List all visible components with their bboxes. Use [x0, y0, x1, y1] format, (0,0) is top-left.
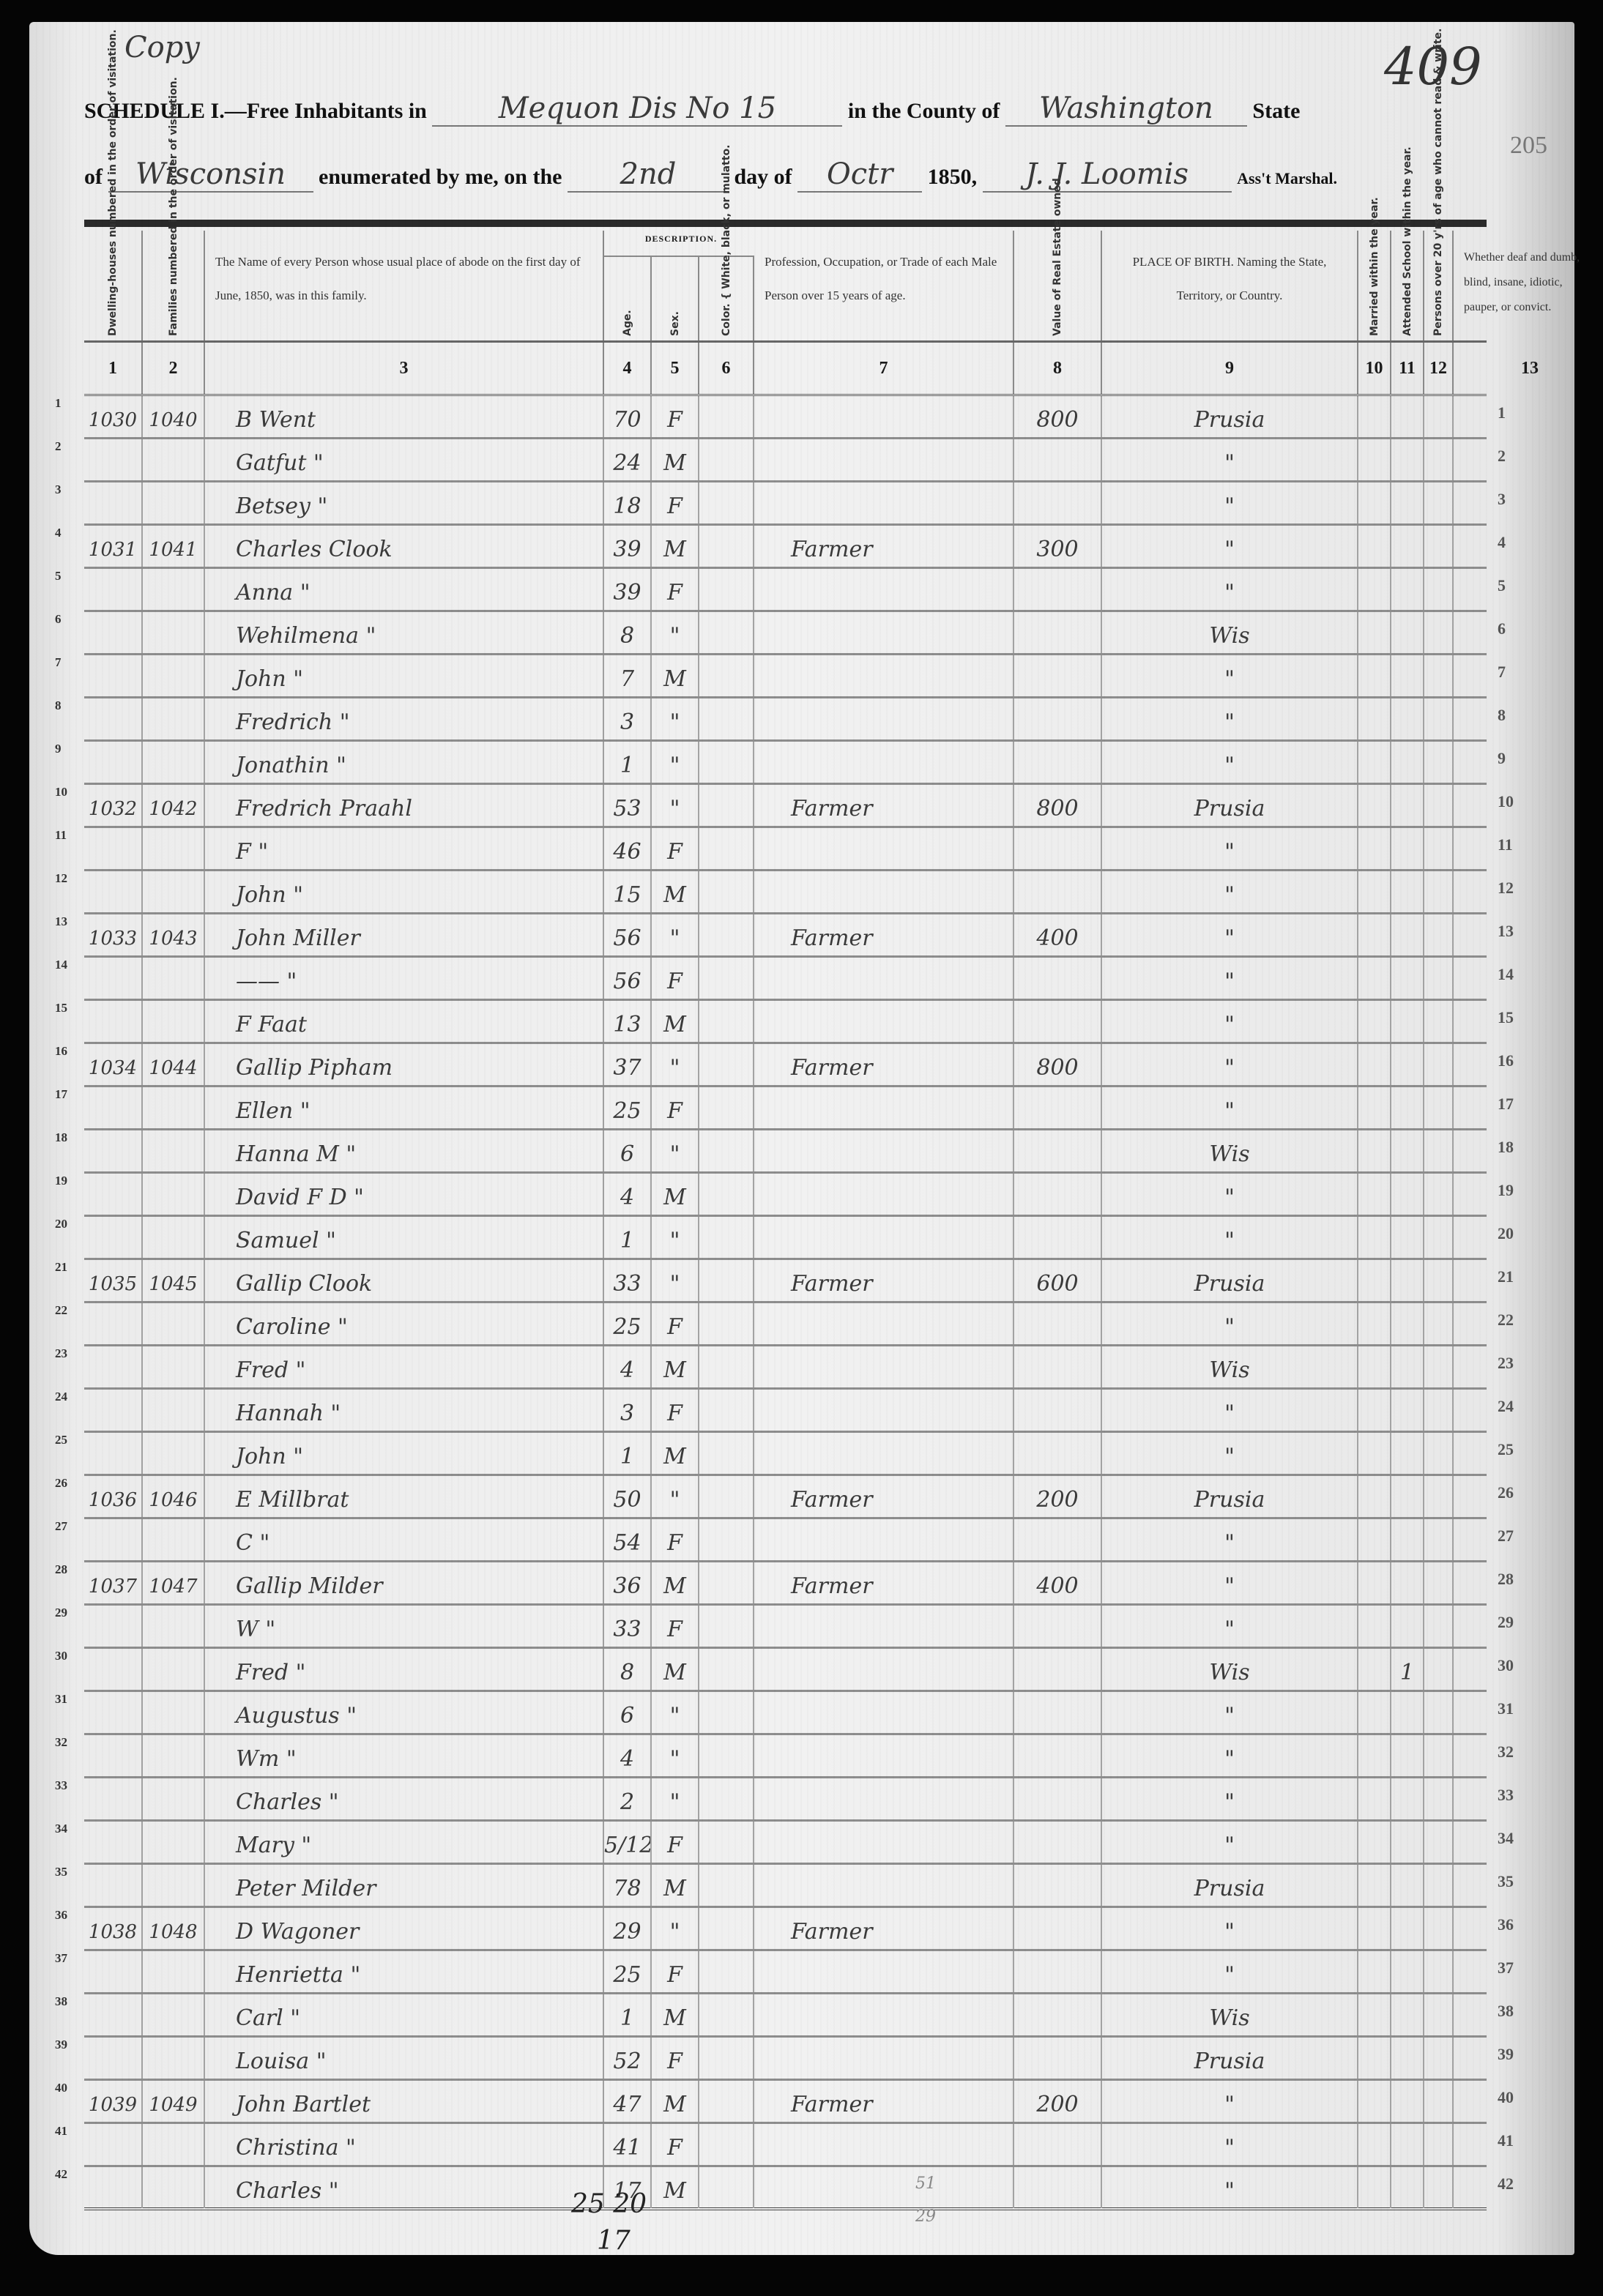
attended-school-cell	[1391, 1908, 1424, 1949]
age-cell: 4	[604, 1174, 652, 1215]
color-cell	[699, 1649, 754, 1690]
birthplace-cell: Prusia	[1102, 2038, 1358, 2079]
line-number-left: 39	[55, 2038, 67, 2052]
sex-cell: F	[652, 569, 699, 610]
family-number-cell	[143, 2167, 205, 2208]
occupation-cell	[754, 2167, 1014, 2208]
person-name-cell: Jonathin "	[205, 742, 604, 783]
occupation-cell	[754, 698, 1014, 739]
occupation-cell	[754, 1692, 1014, 1733]
sex-cell: "	[652, 612, 699, 653]
family-number-cell: 1044	[143, 1044, 205, 1085]
line-number-right: 8	[1498, 706, 1506, 725]
col-num-4: 4	[604, 343, 652, 394]
age-cell: 8	[604, 612, 652, 653]
family-number-cell	[143, 1303, 205, 1344]
disability-cell	[1454, 1087, 1603, 1128]
cannot-read-write-cell	[1424, 1951, 1454, 1992]
cannot-read-write-cell	[1424, 1433, 1454, 1474]
disability-cell	[1454, 1994, 1603, 2035]
col-num-8: 8	[1014, 343, 1102, 394]
occupation-cell	[754, 439, 1014, 480]
table-row: 23Fred "4MWis23	[84, 1346, 1487, 1390]
cannot-read-write-cell	[1424, 612, 1454, 653]
line-number-right: 13	[1498, 922, 1514, 941]
dwelling-number-cell	[84, 2124, 143, 2165]
dwelling-number-cell	[84, 742, 143, 783]
tally-note-3: 51	[915, 2174, 936, 2193]
cannot-read-write-cell	[1424, 1908, 1454, 1949]
real-estate-value-cell: 800	[1014, 396, 1102, 437]
real-estate-value-cell	[1014, 1346, 1102, 1387]
age-cell: 47	[604, 2081, 652, 2122]
real-estate-value-cell: 800	[1014, 785, 1102, 826]
table-row: 29W "33F"29	[84, 1606, 1487, 1649]
table-row: 24Hannah "3F"24	[84, 1390, 1487, 1433]
occupation-cell	[754, 1217, 1014, 1258]
birthplace-cell: Prusia	[1102, 1260, 1358, 1301]
disability-cell	[1454, 2124, 1603, 2165]
line-number-right: 11	[1498, 835, 1513, 854]
dwelling-number-cell: 1036	[84, 1476, 143, 1517]
real-estate-value-cell	[1014, 1001, 1102, 1042]
birthplace-cell: "	[1102, 1562, 1358, 1603]
color-cell	[699, 2167, 754, 2208]
cannot-read-write-cell	[1424, 1519, 1454, 1560]
real-estate-value-cell	[1014, 2038, 1102, 2079]
married-within-year-cell	[1358, 958, 1391, 999]
married-within-year-cell	[1358, 439, 1391, 480]
col-num-3: 3	[205, 343, 604, 394]
line-number-left: 40	[55, 2081, 67, 2095]
birthplace-cell: "	[1102, 2124, 1358, 2165]
dwelling-number-cell	[84, 1303, 143, 1344]
line-number-left: 33	[55, 1778, 67, 1793]
line-number-left: 38	[55, 1994, 67, 2009]
color-cell	[699, 958, 754, 999]
line-number-right: 29	[1498, 1613, 1514, 1632]
header-married: Married within the year.	[1358, 231, 1391, 340]
age-cell: 8	[604, 1649, 652, 1690]
color-cell	[699, 1994, 754, 2035]
real-estate-value-cell: 300	[1014, 526, 1102, 567]
line-number-right: 24	[1498, 1397, 1514, 1416]
color-cell	[699, 526, 754, 567]
sex-cell: M	[652, 1649, 699, 1690]
married-within-year-cell	[1358, 914, 1391, 955]
dwelling-number-cell: 1035	[84, 1260, 143, 1301]
sex-cell: F	[652, 2038, 699, 2079]
occupation-cell: Farmer	[754, 1562, 1014, 1603]
age-cell: 56	[604, 914, 652, 955]
disability-cell	[1454, 871, 1603, 912]
disability-cell	[1454, 1476, 1603, 1517]
dwelling-number-cell	[84, 1778, 143, 1819]
line-number-left: 1	[55, 396, 62, 411]
sex-cell: "	[652, 914, 699, 955]
birthplace-cell: Wis	[1102, 1649, 1358, 1690]
age-cell: 1	[604, 1217, 652, 1258]
disability-cell	[1454, 1390, 1603, 1431]
col-num-9: 9	[1102, 343, 1358, 394]
person-name-cell: W "	[205, 1606, 604, 1647]
occupation-cell	[754, 1433, 1014, 1474]
table-row: 6Wehilmena "8"Wis6	[84, 612, 1487, 655]
color-cell	[699, 1778, 754, 1819]
table-row: 27C "54F"27	[84, 1519, 1487, 1562]
dwelling-number-cell	[84, 1649, 143, 1690]
dwelling-number-cell	[84, 2167, 143, 2208]
table-row: 2610361046E Millbrat50"Farmer200Prusia26	[84, 1476, 1487, 1519]
age-cell: 2	[604, 1778, 652, 1819]
color-cell	[699, 742, 754, 783]
birthplace-cell: Wis	[1102, 1346, 1358, 1387]
color-cell	[699, 914, 754, 955]
table-row: 14—— "56F"14	[84, 958, 1487, 1001]
col-num-12: 12	[1424, 343, 1454, 394]
married-within-year-cell	[1358, 655, 1391, 696]
birthplace-cell: Prusia	[1102, 396, 1358, 437]
family-number-cell: 1043	[143, 914, 205, 955]
family-number-cell	[143, 2038, 205, 2079]
age-cell: 24	[604, 439, 652, 480]
place-field: Mequon Dis No 15	[432, 92, 842, 127]
occupation-cell	[754, 2124, 1014, 2165]
title-line-2: of Wisconsin enumerated by me, on the 2n…	[84, 157, 1337, 193]
disability-cell	[1454, 1174, 1603, 1215]
line-number-left: 30	[55, 1649, 67, 1663]
dwelling-number-cell	[84, 1174, 143, 1215]
disability-cell	[1454, 698, 1603, 739]
dwelling-number-cell: 1038	[84, 1908, 143, 1949]
family-number-cell	[143, 1217, 205, 1258]
real-estate-value-cell: 800	[1014, 1044, 1102, 1085]
cannot-read-write-cell	[1424, 569, 1454, 610]
occupation-cell: Farmer	[754, 785, 1014, 826]
sex-cell: "	[652, 1908, 699, 1949]
col-num-13: 13	[1454, 343, 1603, 394]
family-number-cell	[143, 1822, 205, 1863]
occupation-cell	[754, 1951, 1014, 1992]
occupation-cell: Farmer	[754, 526, 1014, 567]
column-numbers: 1 2 3 4 5 6 7 8 9 10 11 12 13	[84, 343, 1487, 396]
dwelling-number-cell: 1034	[84, 1044, 143, 1085]
age-cell: 6	[604, 1130, 652, 1171]
married-within-year-cell	[1358, 2124, 1391, 2165]
occupation-cell	[754, 1865, 1014, 1906]
birthplace-cell: "	[1102, 1908, 1358, 1949]
sex-cell: F	[652, 482, 699, 523]
attended-school-cell	[1391, 2038, 1424, 2079]
occupation-cell	[754, 1649, 1014, 1690]
attended-school-cell	[1391, 1735, 1424, 1776]
line-number-right: 18	[1498, 1138, 1514, 1157]
person-name-cell: Hanna M "	[205, 1130, 604, 1171]
dwelling-number-cell	[84, 1346, 143, 1387]
line-number-right: 28	[1498, 1570, 1514, 1589]
person-name-cell: Christina "	[205, 2124, 604, 2165]
family-number-cell	[143, 1433, 205, 1474]
birthplace-cell: Wis	[1102, 1130, 1358, 1171]
dwelling-number-cell	[84, 1130, 143, 1171]
age-cell: 46	[604, 828, 652, 869]
line-number-left: 31	[55, 1692, 67, 1707]
line-number-right: 21	[1498, 1267, 1514, 1286]
line-number-left: 37	[55, 1951, 67, 1966]
sex-cell: M	[652, 1174, 699, 1215]
birthplace-cell: Prusia	[1102, 1865, 1358, 1906]
age-cell: 70	[604, 396, 652, 437]
family-number-cell	[143, 1994, 205, 2035]
occupation-cell: Farmer	[754, 2081, 1014, 2122]
married-within-year-cell	[1358, 1217, 1391, 1258]
birthplace-cell: "	[1102, 1606, 1358, 1647]
occupation-cell	[754, 1822, 1014, 1863]
sex-cell: "	[652, 1735, 699, 1776]
line-number-left: 24	[55, 1390, 67, 1404]
table-row: 9Jonathin "1""9	[84, 742, 1487, 785]
age-cell: 1	[604, 1433, 652, 1474]
disability-cell	[1454, 1130, 1603, 1171]
birthplace-cell: "	[1102, 2081, 1358, 2122]
person-name-cell: C "	[205, 1519, 604, 1560]
color-cell	[699, 698, 754, 739]
line-number-left: 19	[55, 1174, 67, 1188]
marshal-signature: J. J. Loomis	[983, 157, 1232, 193]
table-row: 1310331043John Miller56"Farmer400"13	[84, 914, 1487, 958]
occupation-cell	[754, 569, 1014, 610]
color-cell	[699, 482, 754, 523]
cannot-read-write-cell	[1424, 1778, 1454, 1819]
disability-cell	[1454, 2167, 1603, 2208]
line-number-right: 40	[1498, 2088, 1514, 2107]
age-cell: 41	[604, 2124, 652, 2165]
age-cell: 5/12	[604, 1822, 652, 1863]
color-cell	[699, 1174, 754, 1215]
color-cell	[699, 396, 754, 437]
attended-school-cell	[1391, 1044, 1424, 1085]
enumerated-label: enumerated by me, on the	[319, 165, 562, 189]
birthplace-cell: "	[1102, 439, 1358, 480]
table-row: 34Mary "5/12F"34	[84, 1822, 1487, 1865]
line-number-right: 39	[1498, 2045, 1514, 2064]
family-number-cell	[143, 655, 205, 696]
attended-school-cell	[1391, 1476, 1424, 1517]
sex-cell: M	[652, 655, 699, 696]
day-of-label: day of	[734, 165, 792, 189]
family-number-cell	[143, 1130, 205, 1171]
age-cell: 25	[604, 1303, 652, 1344]
color-cell	[699, 1951, 754, 1992]
line-number-right: 17	[1498, 1095, 1514, 1114]
person-name-cell: Samuel "	[205, 1217, 604, 1258]
line-number-right: 38	[1498, 2002, 1514, 2021]
cannot-read-write-cell	[1424, 785, 1454, 826]
dwelling-number-cell	[84, 698, 143, 739]
dwelling-number-cell	[84, 1433, 143, 1474]
color-cell	[699, 1303, 754, 1344]
dwelling-number-cell	[84, 2038, 143, 2079]
col-num-6: 6	[699, 343, 754, 394]
married-within-year-cell	[1358, 482, 1391, 523]
line-number-right: 42	[1498, 2174, 1514, 2193]
marshal-label: Ass't Marshal.	[1237, 169, 1337, 187]
disability-cell	[1454, 1562, 1603, 1603]
person-name-cell: Fred "	[205, 1649, 604, 1690]
color-cell	[699, 1562, 754, 1603]
color-cell	[699, 1260, 754, 1301]
disability-cell	[1454, 1908, 1603, 1949]
birthplace-cell: "	[1102, 1087, 1358, 1128]
occupation-cell	[754, 1778, 1014, 1819]
attended-school-cell	[1391, 698, 1424, 739]
sex-cell: "	[652, 785, 699, 826]
table-row: 32Wm "4""32	[84, 1735, 1487, 1778]
person-name-cell: B Went	[205, 396, 604, 437]
line-number-left: 3	[55, 482, 62, 497]
real-estate-value-cell	[1014, 1692, 1102, 1733]
line-number-right: 23	[1498, 1354, 1514, 1373]
state-field: Wisconsin	[108, 157, 313, 193]
dwelling-number-cell	[84, 569, 143, 610]
census-table: Dwelling-houses numbered in the order of…	[84, 231, 1487, 2210]
tally-note-4: 29	[915, 2207, 936, 2226]
cannot-read-write-cell	[1424, 871, 1454, 912]
table-row: 31Augustus "6""31	[84, 1692, 1487, 1735]
married-within-year-cell	[1358, 1649, 1391, 1690]
real-estate-value-cell	[1014, 2124, 1102, 2165]
attended-school-cell	[1391, 1217, 1424, 1258]
real-estate-value-cell: 200	[1014, 2081, 1102, 2122]
disability-cell	[1454, 1951, 1603, 1992]
table-row: 18Hanna M "6"Wis18	[84, 1130, 1487, 1174]
person-name-cell: Gallip Milder	[205, 1562, 604, 1603]
line-number-right: 22	[1498, 1311, 1514, 1330]
line-number-left: 4	[55, 526, 62, 540]
person-name-cell: Wehilmena "	[205, 612, 604, 653]
real-estate-value-cell	[1014, 1865, 1102, 1906]
line-number-right: 20	[1498, 1224, 1514, 1243]
real-estate-value-cell: 400	[1014, 1562, 1102, 1603]
cannot-read-write-cell	[1424, 1994, 1454, 2035]
cannot-read-write-cell	[1424, 1044, 1454, 1085]
col-num-10: 10	[1358, 343, 1391, 394]
cannot-read-write-cell	[1424, 1001, 1454, 1042]
attended-school-cell	[1391, 1433, 1424, 1474]
age-cell: 3	[604, 698, 652, 739]
tally-note-2: 17	[597, 2226, 631, 2256]
sex-cell: F	[652, 1390, 699, 1431]
header-color: Color. { White, black, or mulatto.	[699, 256, 754, 340]
family-number-cell	[143, 1692, 205, 1733]
person-name-cell: Wm "	[205, 1735, 604, 1776]
dwelling-number-cell	[84, 1217, 143, 1258]
married-within-year-cell	[1358, 698, 1391, 739]
occupation-cell	[754, 958, 1014, 999]
copy-annotation: Copy	[124, 31, 200, 64]
disability-cell	[1454, 396, 1603, 437]
age-cell: 50	[604, 1476, 652, 1517]
person-name-cell: Gallip Pipham	[205, 1044, 604, 1085]
of-label: of	[84, 165, 103, 189]
year: 1850,	[928, 165, 978, 189]
married-within-year-cell	[1358, 1044, 1391, 1085]
cannot-read-write-cell	[1424, 1346, 1454, 1387]
color-cell	[699, 1865, 754, 1906]
age-cell: 54	[604, 1519, 652, 1560]
census-rows: 110301040B Went70F800Prusia12Gatfut "24M…	[84, 396, 1487, 2210]
married-within-year-cell	[1358, 1001, 1391, 1042]
sex-cell: F	[652, 828, 699, 869]
color-cell	[699, 569, 754, 610]
table-row: 35Peter Milder78MPrusia35	[84, 1865, 1487, 1908]
color-cell	[699, 439, 754, 480]
occupation-cell	[754, 1390, 1014, 1431]
disability-cell	[1454, 1649, 1603, 1690]
sex-cell: F	[652, 1519, 699, 1560]
header-birthplace: PLACE OF BIRTH. Naming the State, Territ…	[1102, 231, 1358, 340]
tally-note-1: 25 20	[571, 2189, 647, 2219]
table-row: 37Henrietta "25F"37	[84, 1951, 1487, 1994]
attended-school-cell	[1391, 1260, 1424, 1301]
color-cell	[699, 1606, 754, 1647]
line-number-left: 22	[55, 1303, 67, 1318]
col-num-5: 5	[652, 343, 699, 394]
sex-cell: "	[652, 1130, 699, 1171]
color-cell	[699, 1001, 754, 1042]
birthplace-cell: "	[1102, 482, 1358, 523]
table-row: 25John "1M"25	[84, 1433, 1487, 1476]
line-number-left: 32	[55, 1735, 67, 1750]
line-number-left: 7	[55, 655, 62, 670]
person-name-cell: Henrietta "	[205, 1951, 604, 1992]
occupation-cell: Farmer	[754, 914, 1014, 955]
attended-school-cell	[1391, 958, 1424, 999]
county-label: in the County of	[848, 99, 1000, 123]
person-name-cell: Caroline "	[205, 1303, 604, 1344]
dwelling-number-cell	[84, 1087, 143, 1128]
disability-cell	[1454, 1822, 1603, 1863]
dwelling-number-cell	[84, 1822, 143, 1863]
married-within-year-cell	[1358, 526, 1391, 567]
married-within-year-cell	[1358, 1519, 1391, 1560]
family-number-cell: 1046	[143, 1476, 205, 1517]
sex-cell: M	[652, 1562, 699, 1603]
married-within-year-cell	[1358, 2167, 1391, 2208]
dwelling-number-cell	[84, 1951, 143, 1992]
family-number-cell: 1045	[143, 1260, 205, 1301]
line-number-right: 10	[1498, 792, 1514, 811]
line-number-left: 34	[55, 1822, 67, 1836]
family-number-cell	[143, 1649, 205, 1690]
family-number-cell	[143, 1390, 205, 1431]
header-real-estate: Value of Real Estate owned.	[1014, 231, 1102, 340]
county-field: Washington	[1005, 92, 1247, 127]
family-number-cell	[143, 958, 205, 999]
attended-school-cell	[1391, 871, 1424, 912]
line-number-left: 42	[55, 2167, 67, 2182]
sex-cell: "	[652, 1692, 699, 1733]
married-within-year-cell	[1358, 1303, 1391, 1344]
person-name-cell: John "	[205, 871, 604, 912]
cannot-read-write-cell	[1424, 914, 1454, 955]
sex-cell: M	[652, 439, 699, 480]
color-cell	[699, 1476, 754, 1517]
line-number-right: 4	[1498, 533, 1506, 552]
birthplace-cell: "	[1102, 1951, 1358, 1992]
table-row: 15F Faat13M"15	[84, 1001, 1487, 1044]
line-number-right: 2	[1498, 447, 1506, 466]
